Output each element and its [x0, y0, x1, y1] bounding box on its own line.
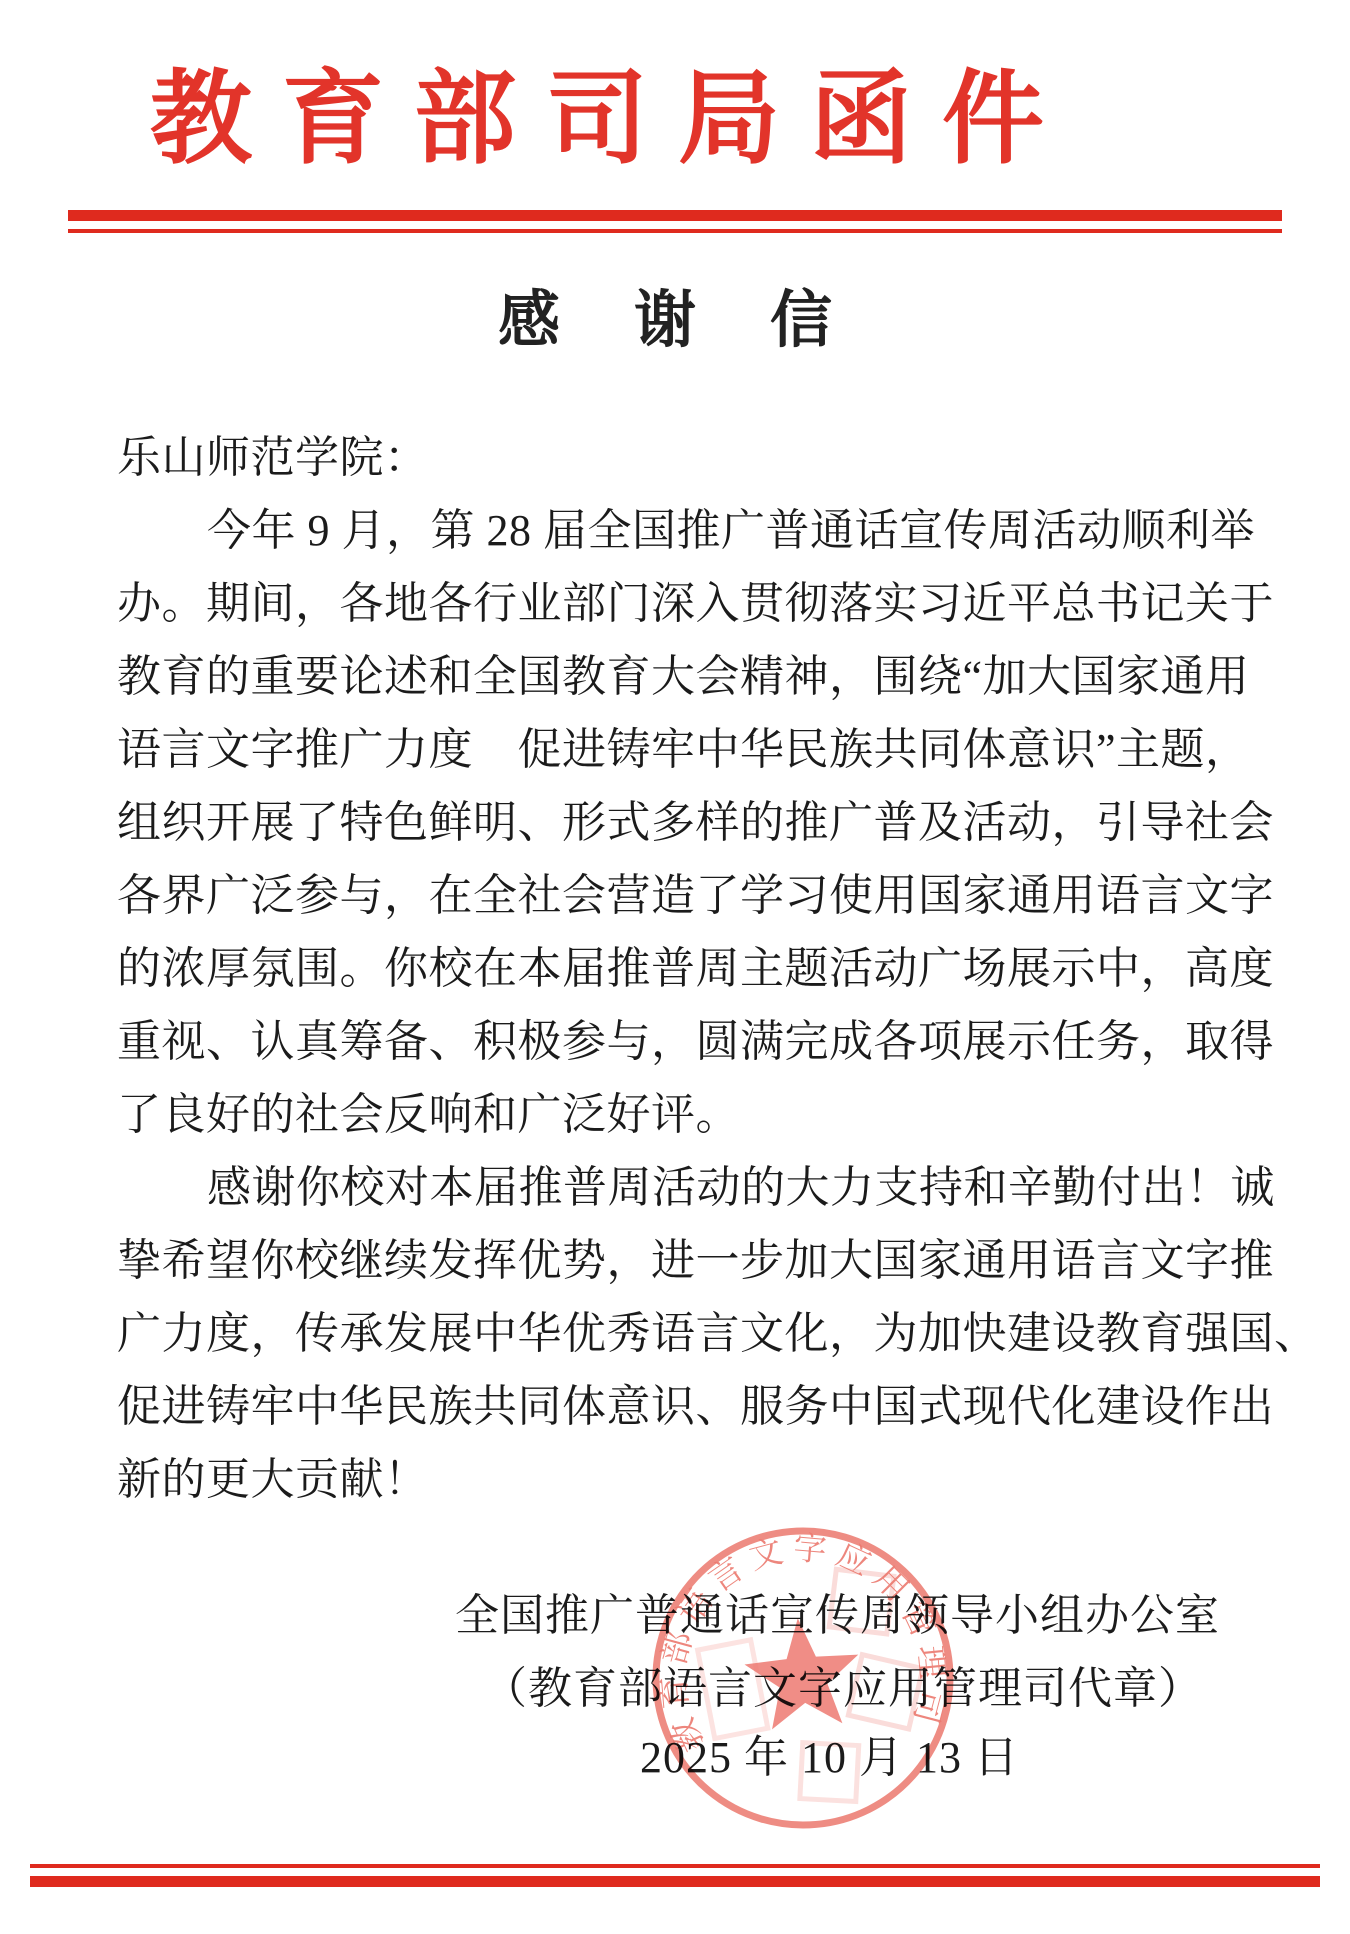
footer-rule-thin: [30, 1864, 1320, 1868]
paragraph1-line: 各界广泛参与，在全社会营造了学习使用国家通用语言文字: [117, 859, 1297, 932]
letterhead-rule-thin: [68, 229, 1282, 233]
document-title: 感谢信: [498, 270, 906, 359]
paragraph2-line: 挚希望你校继续发挥优势，进一步加大国家通用语言文字推: [117, 1224, 1297, 1297]
paragraph2-line: 促进铸牢中华民族共同体意识、服务中国式现代化建设作出: [117, 1370, 1297, 1443]
signature-seal-note: （教育部语言文字应用管理司代章）: [483, 1652, 1203, 1725]
paragraph1-line: 今年 9 月，第 28 届全国推广普通话宣传周活动顺利举: [117, 494, 1297, 567]
paragraph2-line: 新的更大贡献！: [117, 1443, 1297, 1516]
signature-unit: 全国推广普通话宣传周领导小组办公室: [455, 1579, 1220, 1652]
paragraph1-line: 教育的重要论述和全国教育大会精神，围绕“加大国家通用: [117, 640, 1297, 713]
salutation: 乐山师范学院：: [117, 421, 1297, 494]
paragraph1-line: 的浓厚氛围。你校在本届推普周主题活动广场展示中，高度: [117, 932, 1297, 1005]
paragraph1-line: 重视、认真筹备、积极参与，圆满完成各项展示任务，取得: [117, 1005, 1297, 1078]
paragraph2-line: 广力度，传承发展中华优秀语言文化，为加快建设教育强国、: [117, 1297, 1297, 1370]
footer-rule-thick: [30, 1876, 1320, 1887]
letterhead-title: 教育部司局函件: [150, 38, 1074, 184]
paragraph1-line: 了良好的社会反响和广泛好评。: [117, 1078, 1297, 1151]
paragraph1-line: 办。期间，各地各行业部门深入贯彻落实习近平总书记关于: [117, 567, 1297, 640]
letter-body: 乐山师范学院： 今年 9 月，第 28 届全国推广普通话宣传周活动顺利举 办。期…: [117, 421, 1297, 1516]
letterhead-rule-thick: [68, 210, 1282, 221]
letter-page: 教育部司局函件 感谢信 乐山师范学院： 今年 9 月，第 28 届全国推广普通话…: [0, 0, 1350, 1934]
signature-date: 2025 年 10 月 13 日: [640, 1721, 1019, 1794]
paragraph2-line: 感谢你校对本届推普周活动的大力支持和辛勤付出！诚: [117, 1151, 1297, 1224]
paragraph1-line: 语言文字推广力度 促进铸牢中华民族共同体意识”主题，: [117, 713, 1297, 786]
paragraph1-line: 组织开展了特色鲜明、形式多样的推广普及活动，引导社会: [117, 786, 1297, 859]
